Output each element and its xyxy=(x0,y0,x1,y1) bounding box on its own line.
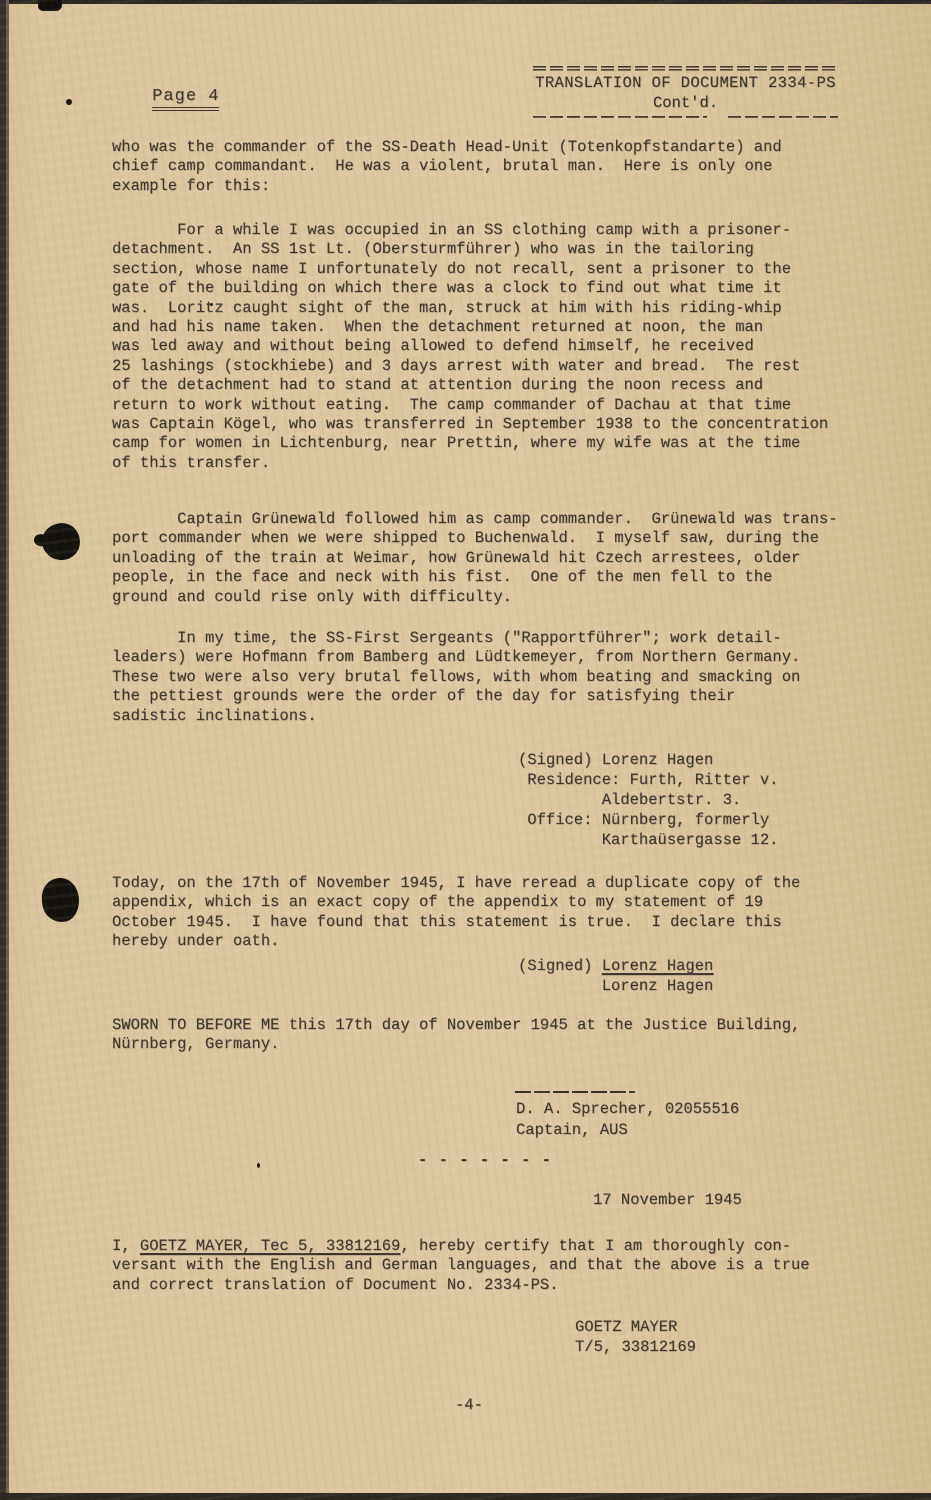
paragraph-gruenewald: Captain Grünewald followed him as camp c… xyxy=(112,510,838,607)
scan-edge-bottom xyxy=(0,1493,931,1500)
signature-block-hagen-signed: (Signed) Lorenz Hagen Lorenz Hagen xyxy=(518,956,713,996)
scan-notch-artifact xyxy=(38,0,62,11)
cert-prefix: I, xyxy=(112,1237,140,1255)
footer-page-number: -4- xyxy=(455,1396,483,1415)
scan-edge-top xyxy=(0,0,931,4)
cert-translator-underlined: GOETZ MAYER, Tec 5, 33812169 xyxy=(140,1237,400,1255)
document-title-block: TRANSLATION OF DOCUMENT 2334-PS Cont'd. xyxy=(533,66,838,120)
hole-punch-top xyxy=(40,521,83,563)
signed-name-typed: Lorenz Hagen xyxy=(518,976,713,996)
title-rule-bottom-right xyxy=(728,115,838,120)
title-rule-top xyxy=(533,66,838,71)
certification-paragraph: I, GOETZ MAYER, Tec 5, 33812169, hereby … xyxy=(112,1237,810,1295)
ink-speck xyxy=(66,99,72,105)
sprecher-block: D. A. Sprecher, 02055516 Captain, AUS xyxy=(516,1099,739,1141)
date-line: 17 November 1945 xyxy=(593,1191,742,1210)
sworn-statement: SWORN TO BEFORE ME this 17th day of Nove… xyxy=(112,1016,800,1055)
signed-name-underlined: Lorenz Hagen xyxy=(602,957,714,975)
ink-speck xyxy=(257,1163,260,1168)
paragraph-sergeants: In my time, the SS-First Sergeants ("Rap… xyxy=(112,629,800,726)
signature-rule xyxy=(515,1091,635,1094)
title-rule-bottom-left xyxy=(533,115,707,120)
scan-edge-left xyxy=(0,0,9,1500)
document-title: TRANSLATION OF DOCUMENT 2334-PS xyxy=(533,74,838,92)
page-label: Page 4 xyxy=(115,68,219,126)
document-scan-page: Page 4 TRANSLATION OF DOCUMENT 2334-PS C… xyxy=(0,0,931,1500)
dashed-separator: - - - - - - - xyxy=(418,1151,552,1170)
page-label-text: Page 4 xyxy=(152,87,219,111)
signed-prefix: (Signed) xyxy=(518,957,602,975)
hole-punch-bottom xyxy=(40,876,81,924)
title-rule-bottom xyxy=(533,115,838,120)
paragraph-clothing-camp: For a while I was occupied in an SS clot… xyxy=(112,221,828,473)
paragraph-oath: Today, on the 17th of November 1945, I h… xyxy=(112,874,800,952)
signature-block-hagen-address: (Signed) Lorenz Hagen Residence: Furth, … xyxy=(518,750,778,850)
paragraph-intro: who was the commander of the SS-Death He… xyxy=(112,138,782,196)
contd-label: Cont'd. xyxy=(533,94,838,112)
goetz-mayer-block: GOETZ MAYER T/5, 33812169 xyxy=(575,1317,696,1357)
